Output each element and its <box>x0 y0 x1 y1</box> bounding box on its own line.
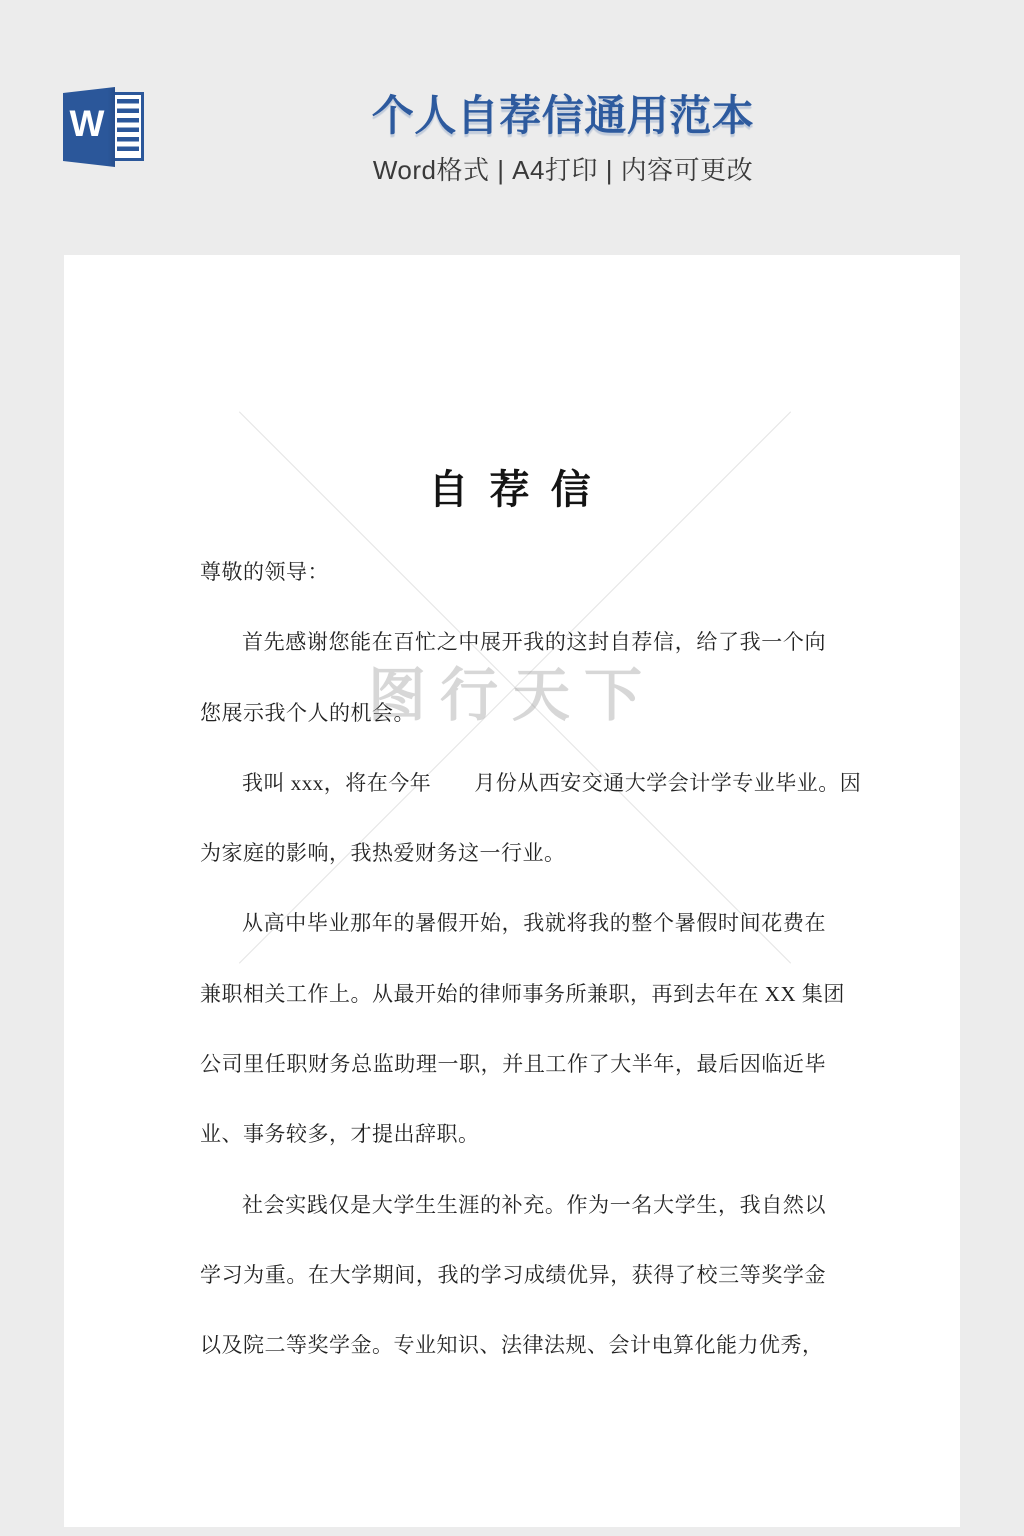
letter-line: 社会实践仅是大学生生涯的补充。作为一名大学生，我自然以 <box>200 1170 826 1240</box>
word-icon-document-sheet <box>111 92 144 161</box>
letter-line: 从高中毕业那年的暑假开始，我就将我的整个暑假时间花费在 <box>200 888 826 958</box>
screenshot-stage: W 个人自荐信通用范本 Word格式 | A4打印 | 内容可更改 图行天下 自… <box>0 0 1024 1536</box>
template-title: 个人自荐信通用范本 <box>372 94 755 138</box>
word-icon-w-letter: W <box>70 103 109 151</box>
template-subtitle: Word格式 | A4打印 | 内容可更改 <box>372 155 755 185</box>
letter-line: 尊敬的领导： <box>200 537 826 607</box>
letter-line: 公司里任职财务总监助理一职，并且工作了大半年，最后因临近毕 <box>200 1029 826 1099</box>
letter-line: 学习为重。在大学期间，我的学习成绩优异，获得了校三等奖学金 <box>200 1240 826 1310</box>
letter-line: 我叫 xxx，将在今年 月份从西安交通大学会计学专业毕业。因 <box>200 748 826 818</box>
letter-line: 兼职相关工作上。从最开始的律师事务所兼职，再到去年在 XX 集团 <box>200 959 826 1029</box>
word-app-icon: W <box>63 84 153 170</box>
header-text-block: 个人自荐信通用范本 Word格式 | A4打印 | 内容可更改 <box>372 94 755 185</box>
letter-body: 尊敬的领导：首先感谢您能在百忙之中展开我的这封自荐信，给了我一个向您展示我个人的… <box>200 537 826 1381</box>
document-page: 图行天下 自 荐 信 尊敬的领导：首先感谢您能在百忙之中展开我的这封自荐信，给了… <box>64 255 960 1527</box>
letter-title: 自 荐 信 <box>64 467 960 513</box>
letter-line: 为家庭的影响，我热爱财务这一行业。 <box>200 818 826 888</box>
letter-line: 以及院二等奖学金。专业知识、法律法规、会计电算化能力优秀， <box>200 1310 826 1380</box>
letter-line: 您展示我个人的机会。 <box>200 678 826 748</box>
word-icon-text-lines <box>117 99 139 154</box>
letter-line: 首先感谢您能在百忙之中展开我的这封自荐信，给了我一个向 <box>200 607 826 677</box>
word-icon-cover: W <box>63 87 115 167</box>
letter-line: 业、事务较多，才提出辞职。 <box>200 1099 826 1169</box>
